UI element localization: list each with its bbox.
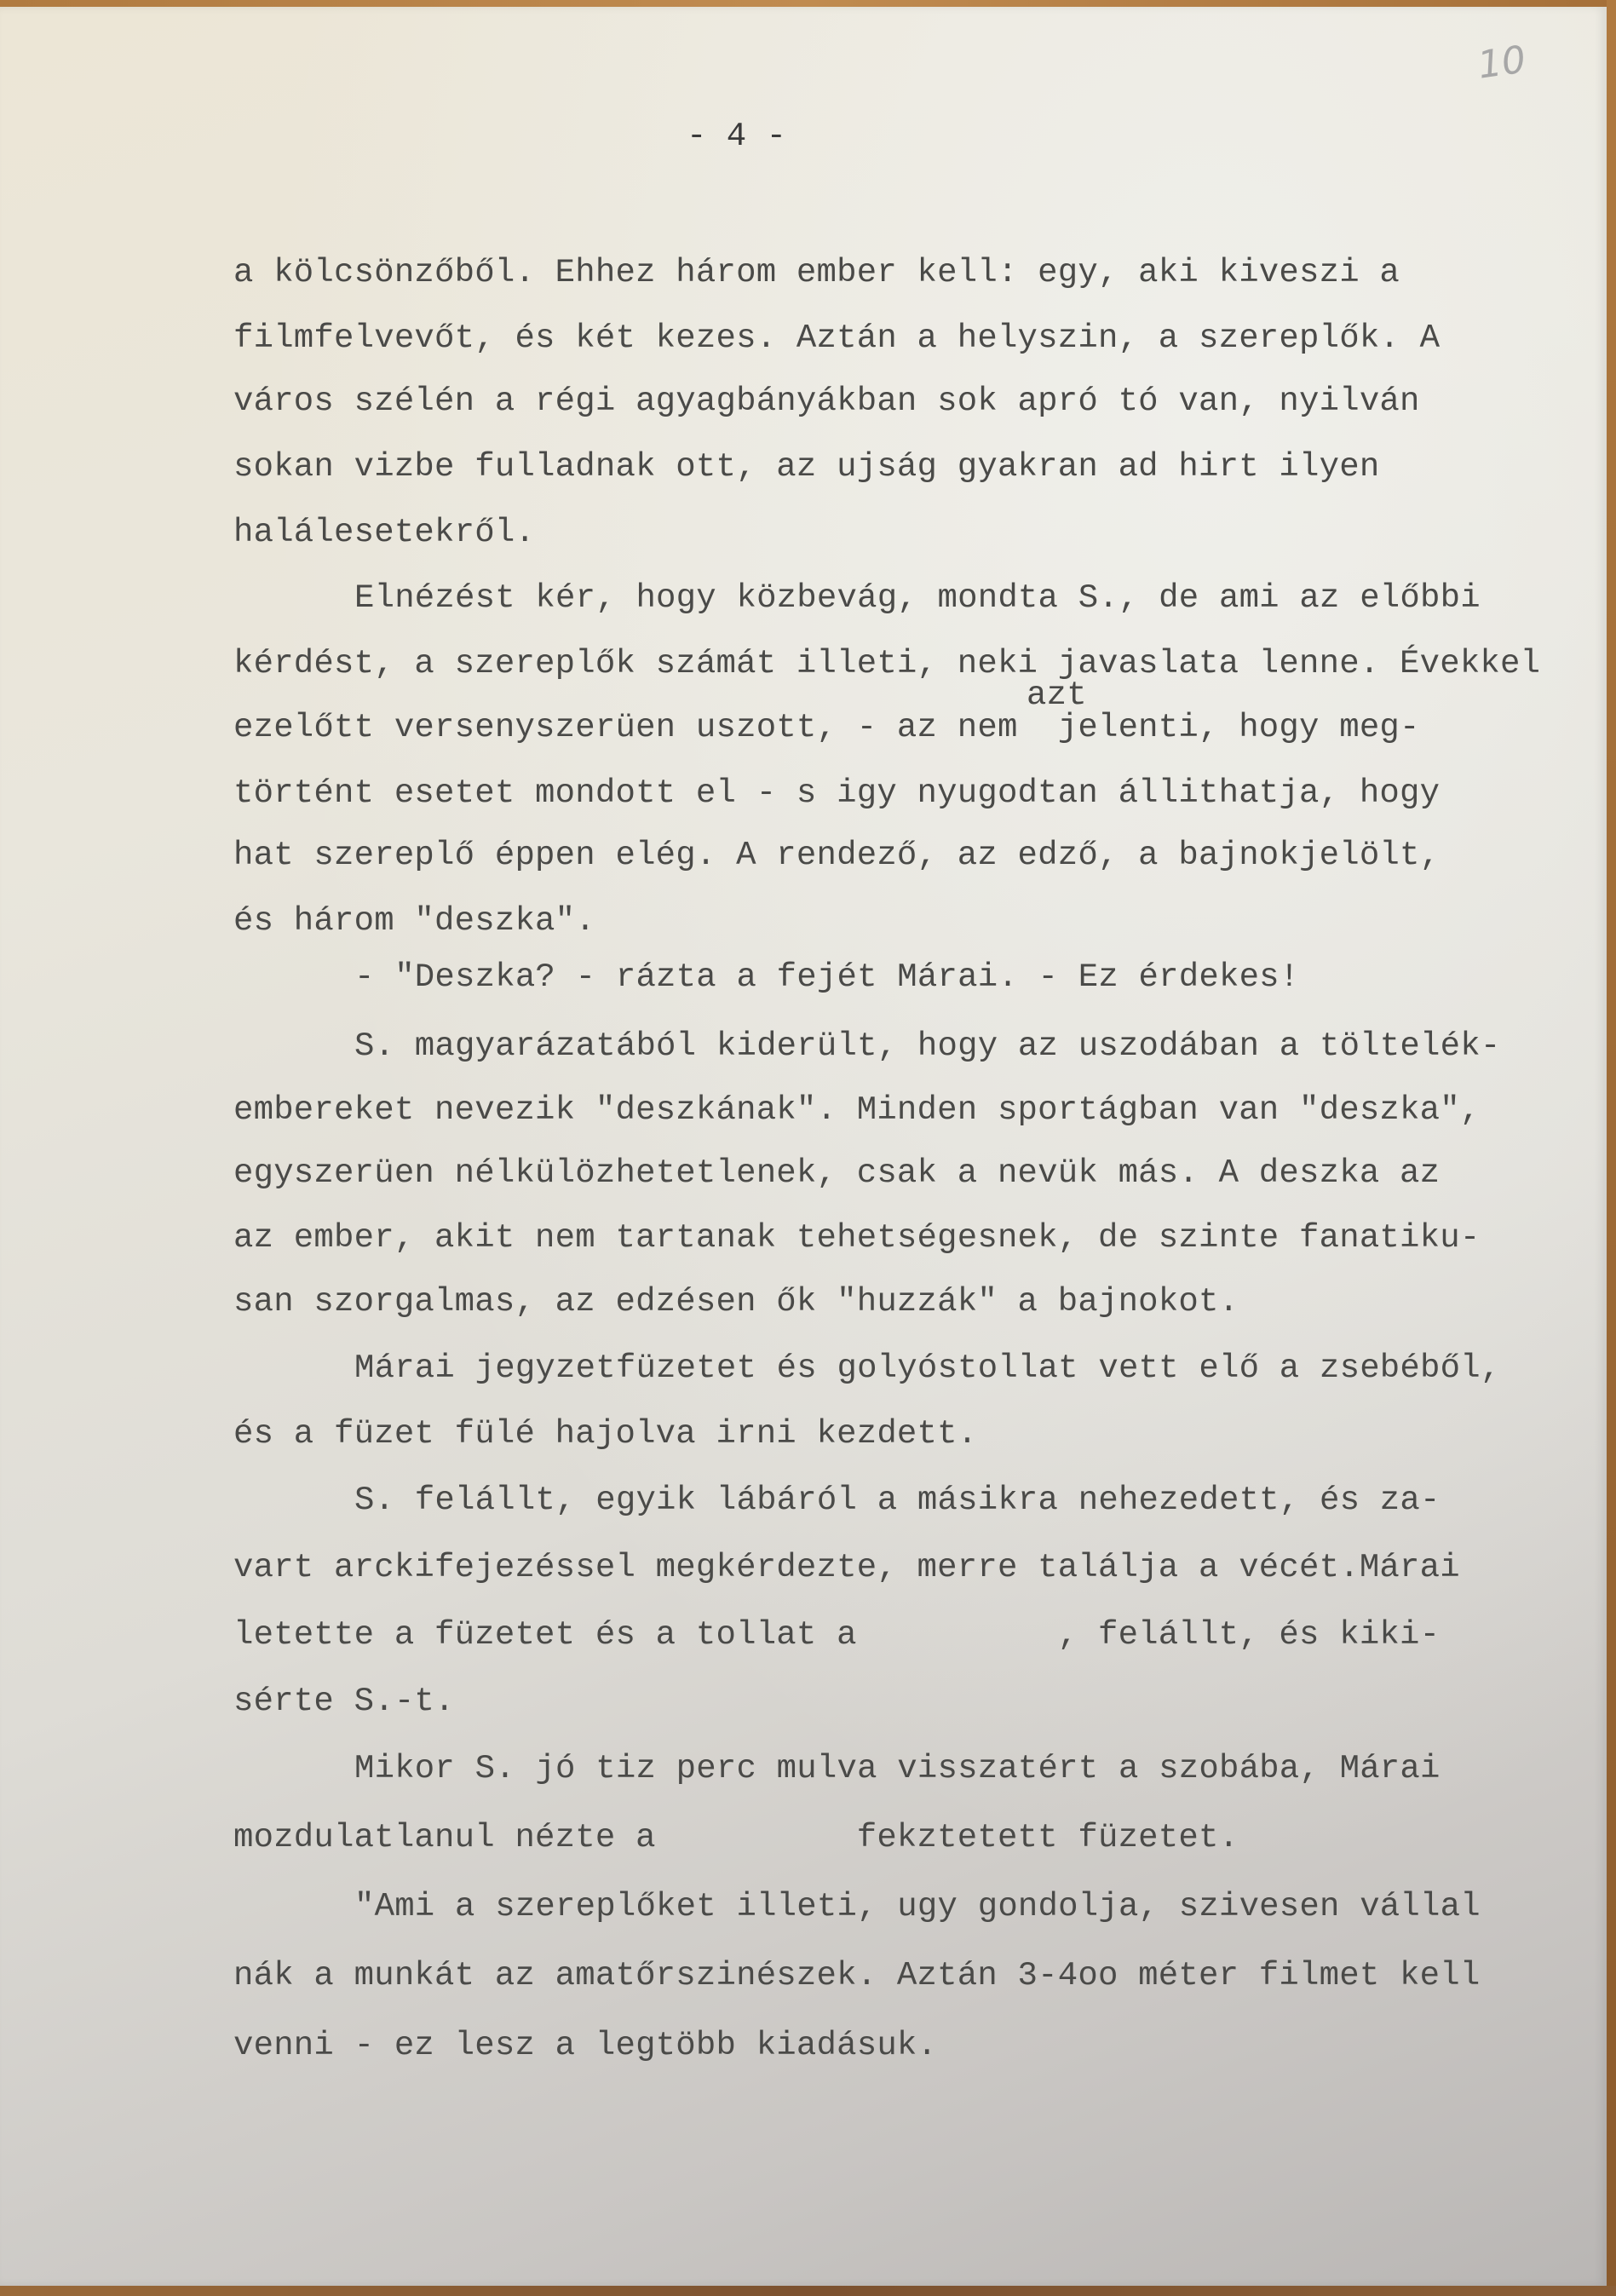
text-line: embereket nevezik "deszkának". Minden sp…	[233, 1094, 1480, 1127]
text-line: történt esetet mondott el - s igy nyugod…	[233, 777, 1440, 810]
page-number: - 4 -	[687, 118, 786, 155]
text-line: ezelőtt versenyszerüen uszott, - az nem …	[233, 711, 1420, 745]
text-line: az ember, akit nem tartanak tehetségesne…	[233, 1222, 1480, 1255]
text-line: sokan vizbe fulladnak ott, az ujság gyak…	[233, 451, 1379, 484]
text-line: és a füzet fülé hajolva irni kezdett.	[233, 1418, 977, 1451]
desk-surface-bottom	[0, 2286, 1616, 2296]
text-line: mozdulatlanul nézte a fekztetett füzetet…	[233, 1821, 1239, 1855]
dialogue-line: - "Deszka? - rázta a fejét Márai. - Ez é…	[354, 961, 1299, 994]
text-line: hat szereplő éppen elég. A rendező, az e…	[233, 839, 1440, 872]
text-line: egyszerüen nélkülözhetetlenek, csak a ne…	[233, 1157, 1440, 1190]
text-line: vart arckifejezéssel megkérdezte, merre …	[233, 1551, 1460, 1585]
handwritten-folio-number: 10	[1475, 37, 1529, 87]
text-line: san szorgalmas, az edzésen ők "huzzák" a…	[233, 1286, 1239, 1319]
text-line: venni - ez lesz a legtöbb kiadásuk.	[233, 2029, 937, 2063]
paragraph-start-line: Elnézést kér, hogy közbevág, mondta S., …	[354, 582, 1481, 615]
text-line: sérte S.-t.	[233, 1685, 455, 1718]
text-line: nák a munkát az amatőrszinészek. Aztán 3…	[233, 1959, 1480, 1993]
paragraph-start-line: S. felállt, egyik lábáról a másikra nehe…	[354, 1484, 1441, 1517]
paragraph-start-line: Márai jegyzetfüzetet és golyóstollat vet…	[354, 1352, 1500, 1385]
paragraph-start-line: "Ami a szereplőket illeti, ugy gondolja,…	[354, 1890, 1481, 1924]
text-line: letette a füzetet és a tollat a , feláll…	[233, 1619, 1440, 1652]
text-line: város szélén a régi agyagbányákban sok a…	[233, 385, 1420, 418]
typewritten-page: 10 - 4 - a kölcsönzőből. Ehhez három emb…	[0, 7, 1607, 2286]
paragraph-start-line: S. magyarázatából kiderült, hogy az uszo…	[354, 1030, 1500, 1063]
text-line: kérdést, a szereplők számát illeti, neki…	[233, 647, 1540, 681]
text-line: a kölcsönzőből. Ehhez három ember kell: …	[233, 256, 1400, 290]
text-line: halálesetekről.	[233, 516, 535, 550]
desk-surface-right	[1607, 0, 1616, 2296]
paragraph-start-line: Mikor S. jó tiz perc mulva visszatért a …	[354, 1752, 1441, 1786]
text-line: és három "deszka".	[233, 905, 595, 938]
text-line: filmfelvevőt, és két kezes. Aztán a hely…	[233, 322, 1440, 355]
